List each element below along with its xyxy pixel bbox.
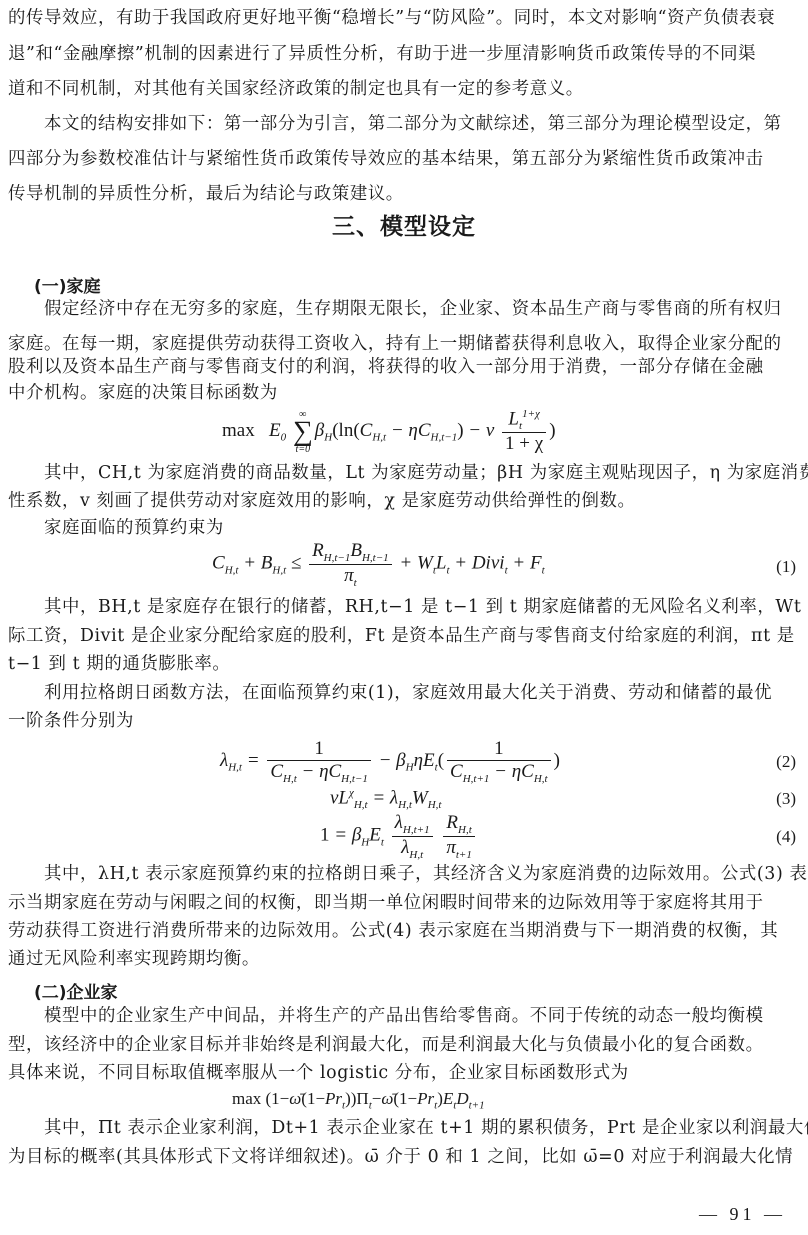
entrepreneur-objective-equation: max (1−ω̄(1−Prt))Πt−ω̄(1−Prt)EtDt+1 xyxy=(232,1089,485,1111)
budget-constraint-equation: CH,t + BH,t ≤ RH,t−1BH,t−1πt + WtLt + Di… xyxy=(212,540,545,589)
equation-number: (3) xyxy=(776,789,796,809)
body-text-line: 假定经济中存在无穷多的家庭，生存期限无限长，企业家、资本品生产商与零售商的所有权… xyxy=(44,297,800,321)
body-text-line: 型，该经济中的企业家目标并非始终是利润最大化，而是利润最大化与负债最小化的复合函… xyxy=(8,1033,800,1057)
body-text-line: 家庭。在每一期，家庭提供劳动获得工资收入，持有上一期储蓄获得利息收入，取得企业家… xyxy=(8,332,800,356)
body-text-line: 其中，BH,t 是家庭存在银行的储蓄，RH,t−1 是 t−1 到 t 期家庭储… xyxy=(44,595,800,619)
body-text-line: 其中，Πt 表示企业家利润，Dt+1 表示企业家在 t+1 期的累积债务，Prt… xyxy=(44,1116,800,1140)
equation-number: (4) xyxy=(776,827,796,847)
body-text-line: 际工资，Divit 是企业家分配给家庭的股利，Ft 是资本品生产商与零售商支付给… xyxy=(8,624,800,648)
equation-number: (1) xyxy=(776,557,796,577)
body-text-line: 股利以及资本品生产商与零售商支付的利润，将获得的收入一部分用于消费，一部分存储在… xyxy=(8,355,800,379)
body-text-line: 示当期家庭在劳动与闲暇之间的权衡，即当期一单位闲暇时间带来的边际效用等于家庭将其… xyxy=(8,891,800,915)
body-text-line: 一阶条件分别为 xyxy=(8,709,800,733)
body-text-line: 性系数，v 刻画了提供劳动对家庭效用的影响，χ 是家庭劳动供给弹性的倒数。 xyxy=(8,489,800,513)
household-objective-equation: max E0 ∞∑t=0βH(ln(CH,t − ηCH,t−1) − v Lt… xyxy=(222,408,556,455)
body-text-line: 家庭面临的预算约束为 xyxy=(44,516,800,540)
body-text-line: t−1 到 t 期的通货膨胀率。 xyxy=(8,652,800,676)
body-text-line: 传导机制的异质性分析，最后为结论与政策建议。 xyxy=(8,182,800,206)
body-text-line: 通过无风险利率实现跨期均衡。 xyxy=(8,947,800,971)
page-number: — 91 — xyxy=(699,1204,786,1225)
body-text-line: 的传导效应，有助于我国政府更好地平衡“稳增长”与“防风险”。同时，本文对影响“资… xyxy=(8,6,800,30)
paper-page: 的传导效应，有助于我国政府更好地平衡“稳增长”与“防风险”。同时，本文对影响“资… xyxy=(0,0,808,1235)
equation-2: λH,t = 1CH,t − ηCH,t−1 − βHηEt(1CH,t+1 −… xyxy=(220,738,560,785)
body-text-line: 其中，CH,t 为家庭消费的商品数量，Lt 为家庭劳动量；βH 为家庭主观贴现因… xyxy=(44,461,800,485)
section-title: 三、模型设定 xyxy=(0,208,808,241)
body-text-line: 利用拉格朗日函数方法，在面临预算约束(1)，家庭效用最大化关于消费、劳动和储蓄的… xyxy=(44,681,800,705)
body-text-line: 劳动获得工资进行消费所带来的边际效用。公式(4) 表示家庭在当期消费与下一期消费… xyxy=(8,919,800,943)
equation-4: 1 = βHEt λH,t+1λH,t RH,tπt+1 xyxy=(320,812,478,861)
body-text-line: 模型中的企业家生产中间品，并将生产的产品出售给零售商。不同于传统的动态一般均衡模 xyxy=(44,1004,800,1028)
subsection-heading-household: (一)家庭 xyxy=(34,272,101,297)
body-text-line: 其中，λH,t 表示家庭预算约束的拉格朗日乘子，其经济含义为家庭消费的边际效用。… xyxy=(44,862,800,886)
equation-3: vLχH,t = λH,tWH,t xyxy=(330,787,441,811)
body-text-line: 退”和“金融摩擦”机制的因素进行了异质性分析，有助于进一步厘清影响货币政策传导的… xyxy=(8,42,800,66)
body-text-line: 道和不同机制，对其他有关国家经济政策的制定也具有一定的参考意义。 xyxy=(8,77,800,101)
body-text-line: 具体来说，不同目标取值概率服从一个 logistic 分布，企业家目标函数形式为 xyxy=(8,1061,800,1085)
equation-number: (2) xyxy=(776,752,796,772)
body-text-line: 中介机构。家庭的决策目标函数为 xyxy=(8,381,800,405)
body-text-line: 本文的结构安排如下：第一部分为引言，第二部分为文献综述，第三部分为理论模型设定，… xyxy=(44,112,800,136)
body-text-line: 为目标的概率(其具体形式下文将详细叙述)。ω̄ 介于 0 和 1 之间，比如 ω… xyxy=(8,1145,800,1169)
body-text-line: 四部分为参数校准估计与紧缩性货币政策传导效应的基本结果，第五部分为紧缩性货币政策… xyxy=(8,147,800,171)
subsection-heading-entrepreneur: (二)企业家 xyxy=(34,978,118,1003)
